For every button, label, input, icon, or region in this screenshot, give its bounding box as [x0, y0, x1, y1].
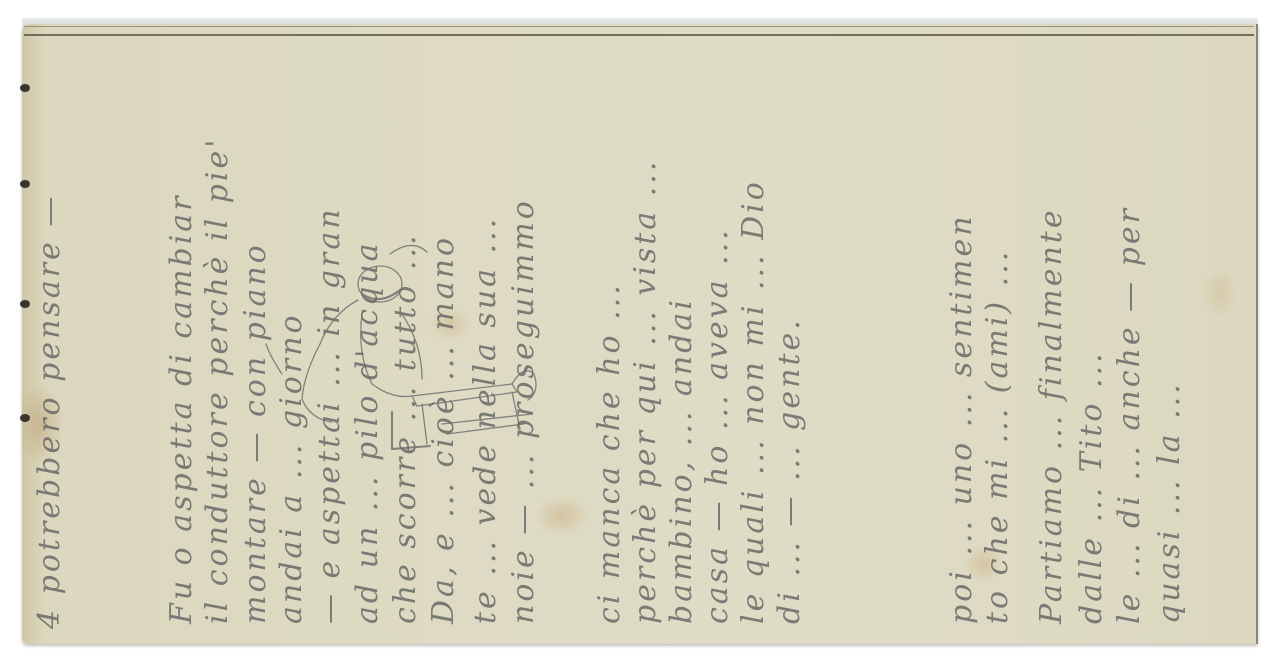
- handwritten-line: Partiamo ... finalmente: [1034, 207, 1069, 624]
- handwritten-line: le quali ... non mi ... Dio: [736, 179, 771, 624]
- handwritten-line: le ... di ... anche — per: [1112, 206, 1147, 624]
- handwritten-line: to che mi ... (ami) ...: [980, 249, 1015, 624]
- handwritten-line: casa — ho ... aveva ...: [700, 227, 735, 624]
- handwritten-line: poi ... uno ... sentimen: [944, 213, 979, 624]
- handwritten-line: bambino, ... andai: [664, 297, 699, 624]
- handwritten-line: di ... — ... gente.: [772, 317, 807, 624]
- handwritten-text-area: 4 potrebbero pensare — Fu o aspetta di c…: [22, 24, 1258, 644]
- handwritten-line: perchè per qui ... vista ...: [628, 159, 663, 624]
- notebook-page: 4 potrebbero pensare — Fu o aspetta di c…: [22, 24, 1258, 644]
- handwritten-line: quasi ... la ...: [1152, 381, 1187, 624]
- handwritten-line: ci manca che ho ...: [592, 282, 627, 624]
- handwritten-line: 4 potrebbero pensare —: [32, 194, 67, 629]
- handwritten-line: il conduttore perchè il pie': [200, 137, 235, 624]
- pencil-sketch-figure-icon: [262, 224, 562, 464]
- scanned-image: 4 potrebbero pensare — Fu o aspetta di c…: [0, 0, 1280, 666]
- handwritten-line: Fu o aspetta di cambiar: [164, 193, 199, 624]
- handwritten-line: dalle ... Tito ...: [1074, 350, 1109, 624]
